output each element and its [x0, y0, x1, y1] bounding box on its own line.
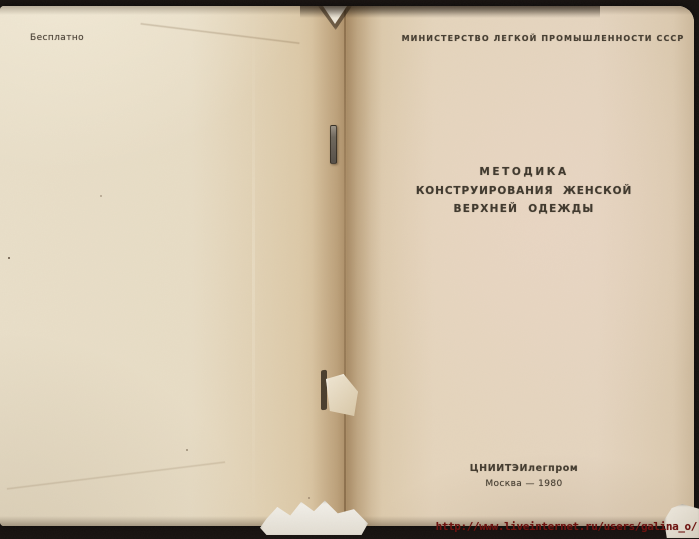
title-line-1: МЕТОДИКА: [347, 166, 694, 178]
cover-fold-highlight: [252, 6, 255, 526]
imprint-block: ЦНИИТЭИлегпром Москва — 1980: [347, 463, 694, 489]
top-edge-smudge: [300, 6, 600, 18]
title-line-3: ВЕРХНЕЙ ОДЕЖДЫ: [347, 203, 694, 215]
title-line-2: КОНСТРУИРОВАНИЯ ЖЕНСКОЙ: [347, 185, 694, 197]
staple-top: [330, 125, 337, 164]
book-spine-shadow: [312, 6, 382, 526]
back-cover-page: Бесплатно: [0, 6, 347, 526]
paper-crease: [140, 22, 299, 44]
scanned-book-cover: Бесплатно МИНИСТЕРСТВО ЛЕГКОЙ ПРОМЫШЛЕНН…: [0, 0, 699, 539]
city-and-year: Москва — 1980: [347, 479, 694, 489]
paper-spread: Бесплатно МИНИСТЕРСТВО ЛЕГКОЙ ПРОМЫШЛЕНН…: [0, 6, 694, 526]
book-title: МЕТОДИКА КОНСТРУИРОВАНИЯ ЖЕНСКОЙ ВЕРХНЕЙ…: [347, 166, 694, 215]
watermark-url: http://www.liveinternet.ru/users/galina_…: [436, 520, 697, 533]
spine-crease-line: [344, 6, 346, 526]
paper-specks: [8, 257, 10, 259]
front-cover-page: МИНИСТЕРСТВО ЛЕГКОЙ ПРОМЫШЛЕННОСТИ СССР …: [347, 6, 694, 526]
publisher-name: ЦНИИТЭИлегпром: [347, 463, 694, 474]
price-label: Бесплатно: [30, 33, 84, 43]
paper-crease: [7, 461, 226, 491]
staple-bottom-slot: [321, 370, 327, 411]
ministry-heading: МИНИСТЕРСТВО ЛЕГКОЙ ПРОМЫШЛЕННОСТИ СССР: [393, 34, 693, 43]
